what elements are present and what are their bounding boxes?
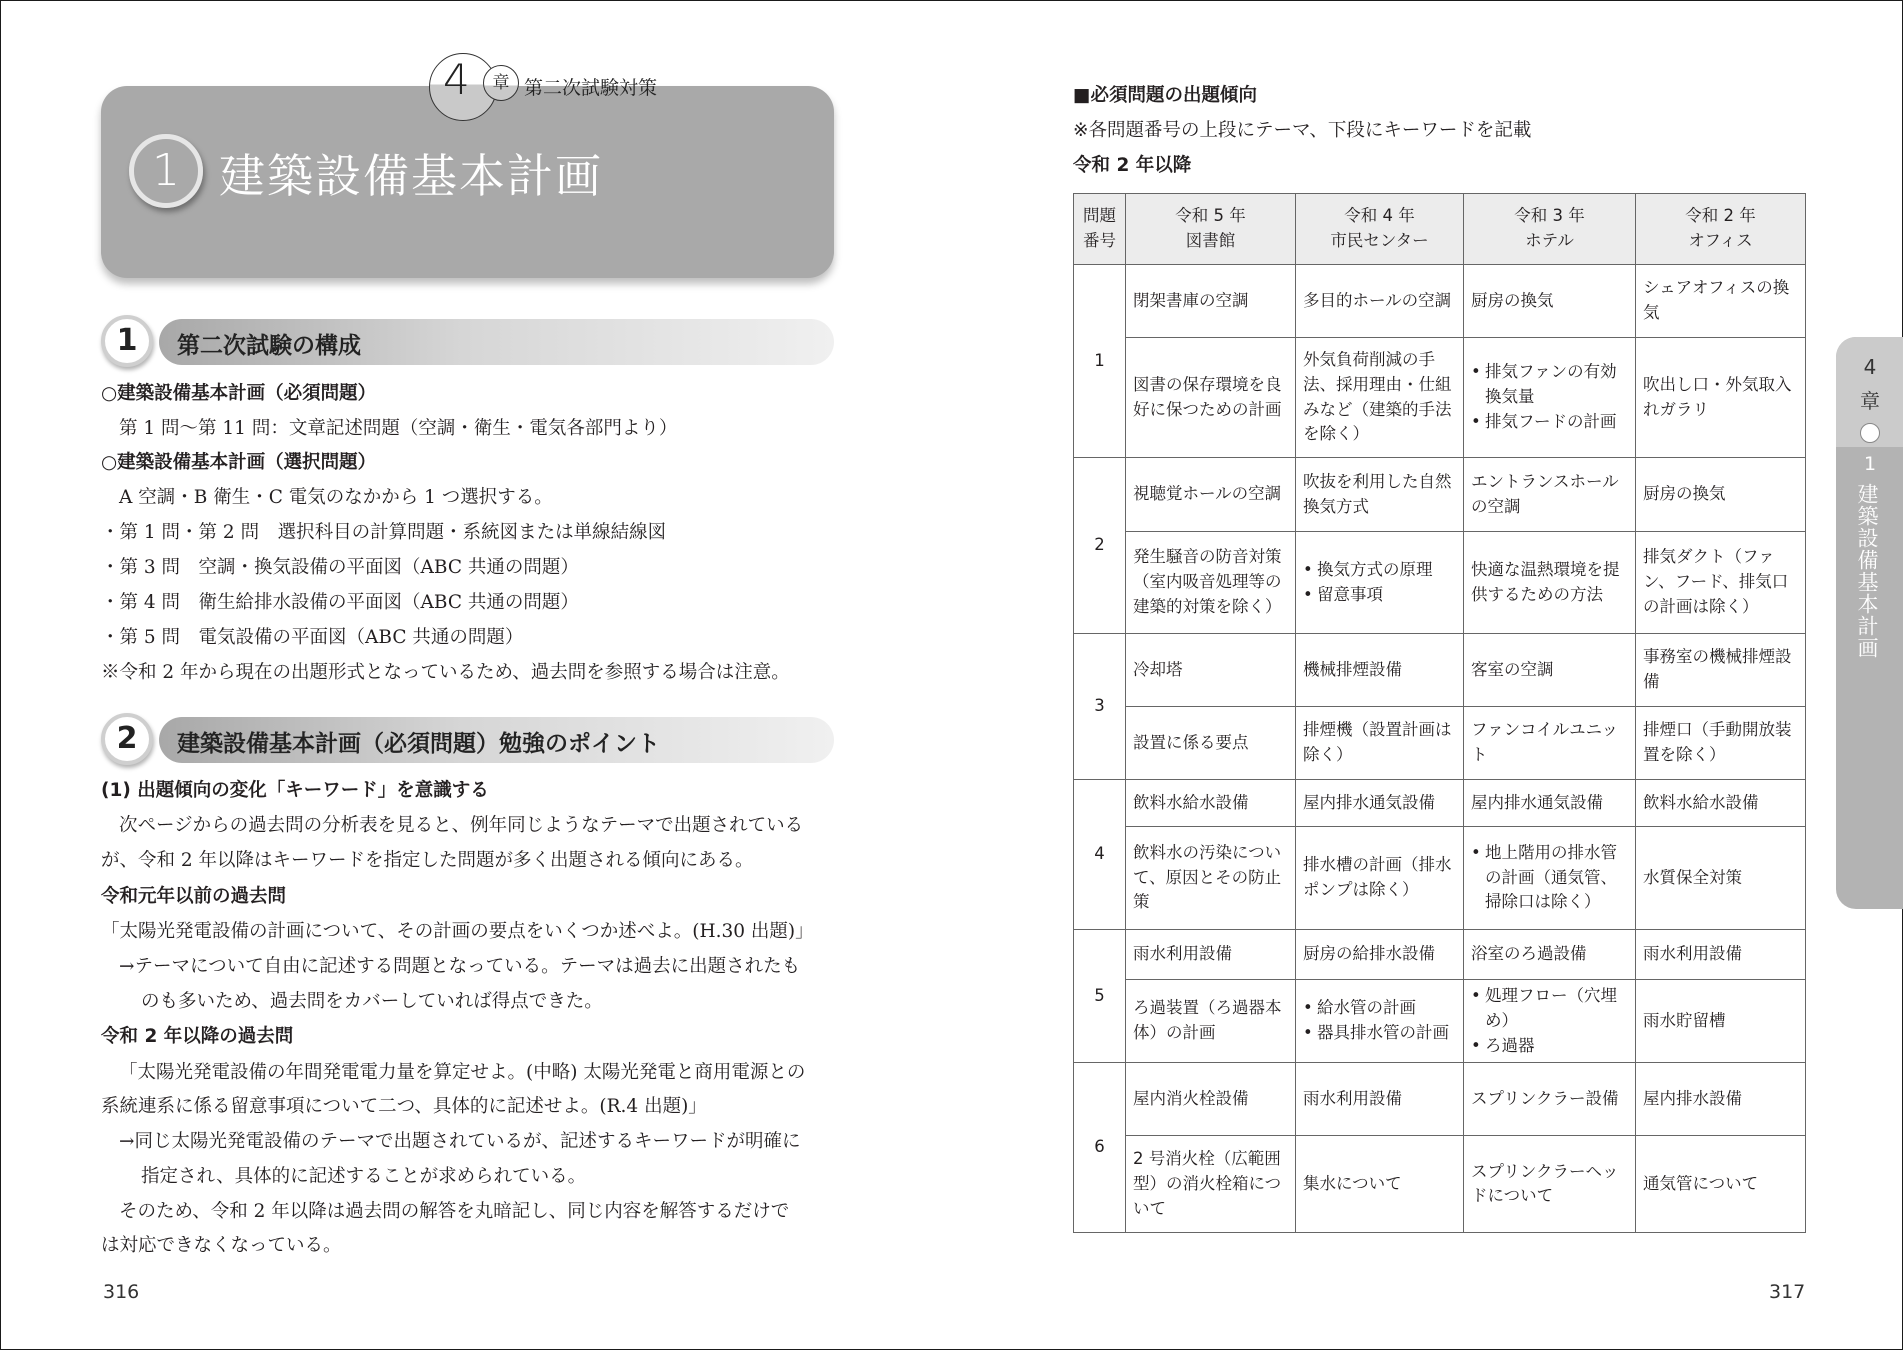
keyword-cell: 排煙口（手動開放装置を除く） [1636, 707, 1806, 780]
text-line: →同じ太陽光発電設備のテーマで出題されているが、記述するキーワードが明確に [119, 1131, 801, 1153]
header-question-number: 問題番号 [1074, 194, 1126, 265]
book-spread: 1 建築設備基本計画 4 章 第二次試験対策 第二次試験の構成 1 ○建築設備基… [0, 0, 1903, 1350]
table-subheading: 令和 2 年以降 [1073, 151, 1191, 177]
theme-cell: 客室の空調 [1464, 634, 1636, 707]
theme-cell: 屋内排水通気設備 [1296, 780, 1464, 827]
side-tab-chapter-unit: 章 [1836, 385, 1903, 414]
theme-cell: シェアオフィスの換気 [1636, 265, 1806, 338]
theme-cell: 雨水利用設備 [1296, 1063, 1464, 1136]
table-row-theme: 3冷却塔機械排煙設備客室の空調事務室の機械排煙設備 [1074, 634, 1806, 707]
text-line: 令和元年以前の過去問 [101, 886, 286, 908]
theme-cell: 冷却塔 [1126, 634, 1296, 707]
text-line: 指定され、具体的に記述することが求められている。 [141, 1166, 586, 1188]
keyword-item: 換気方式の原理 [1303, 558, 1456, 583]
keyword-cell: ファンコイルユニット [1464, 707, 1636, 780]
header-reiwa3: 令和 3 年ホテル [1464, 194, 1636, 265]
table-note: ※各問題番号の上段にテーマ、下段にキーワードを記載 [1073, 116, 1531, 142]
text-line: ・第 1 問・第 2 問 選択科目の計算問題・系統図または単線結線図 [101, 522, 666, 544]
question-number-cell: 4 [1074, 780, 1126, 930]
section-heading-bar: 第二次試験の構成 [159, 319, 834, 365]
keyword-cell: 設置に係る要点 [1126, 707, 1296, 780]
side-tab-chapter-number: 4 [1836, 355, 1903, 379]
keyword-cell: 2 号消火栓（広範囲型）の消火栓箱について [1126, 1136, 1296, 1233]
text-line: ※令和 2 年から現在の出題形式となっているため、過去問を参照する場合は注意。 [101, 662, 790, 684]
header-reiwa5: 令和 5 年図書館 [1126, 194, 1296, 265]
keyword-item: 器具排水管の計画 [1303, 1021, 1456, 1046]
keyword-cell: 快適な温熱環境を提供するための方法 [1464, 532, 1636, 634]
theme-cell: 視聴覚ホールの空調 [1126, 458, 1296, 532]
text-line: ・第 5 問 電気設備の平面図（ABC 共通の問題） [101, 627, 523, 649]
section-number-circle: 1 [101, 315, 153, 367]
theme-cell: 屋内排水設備 [1636, 1063, 1806, 1136]
side-tab-section-number: 1 [1836, 453, 1903, 475]
question-number-cell: 1 [1074, 265, 1126, 458]
text-line: は対応できなくなっている。 [101, 1235, 342, 1257]
text-line: 令和 2 年以降の過去問 [101, 1026, 293, 1048]
keyword-cell: 飲料水の汚染について、原因とその防止策 [1126, 827, 1296, 930]
chapter-section-number-circle: 1 [129, 134, 203, 208]
section-heading-text: 建築設備基本計画（必須問題）勉強のポイント [177, 725, 660, 758]
section-heading-text: 第二次試験の構成 [177, 327, 361, 360]
text-line: 「太陽光発電設備の年間発電電力量を算定せよ。(中略) 太陽光発電と商用電源との [119, 1062, 805, 1084]
theme-cell: 吹抜を利用した自然換気方式 [1296, 458, 1464, 532]
keyword-item: 給水管の計画 [1303, 996, 1456, 1021]
keyword-cell: スプリンクラーヘッドについて [1464, 1136, 1636, 1233]
keyword-cell: 吹出し口・外気取入れガラリ [1636, 338, 1806, 458]
keyword-cell: 処理フロー（穴埋め）ろ過器 [1464, 980, 1636, 1063]
theme-cell: 飲料水給水設備 [1636, 780, 1806, 827]
theme-cell: 浴室のろ過設備 [1464, 930, 1636, 980]
text-line: ○建築設備基本計画（必須問題） [101, 383, 376, 405]
table-row-theme: 4飲料水給水設備屋内排水通気設備屋内排水通気設備飲料水給水設備 [1074, 780, 1806, 827]
page-number-left: 316 [103, 1281, 139, 1303]
theme-cell: 多目的ホールの空調 [1296, 265, 1464, 338]
keyword-item: 地上階用の排水管の計画（通気管、掃除口は除く） [1471, 841, 1628, 915]
theme-cell: 厨房の換気 [1464, 265, 1636, 338]
question-number-cell: 5 [1074, 930, 1126, 1063]
table-row-theme: 5雨水利用設備厨房の給排水設備浴室のろ過設備雨水利用設備 [1074, 930, 1806, 980]
chapter-unit-circle: 章 [483, 65, 519, 101]
table-row-keyword: 図書の保存環境を良好に保つための計画外気負荷削減の手法、採用理由・仕組みなど（建… [1074, 338, 1806, 458]
text-line: ○建築設備基本計画（選択問題） [101, 452, 376, 474]
theme-cell: スプリンクラー設備 [1464, 1063, 1636, 1136]
keyword-cell: 水質保全対策 [1636, 827, 1806, 930]
chapter-number: 4 [443, 59, 470, 101]
chapter-title: 建築設備基本計画 [219, 140, 603, 206]
table-row-keyword: 発生騒音の防音対策（室内吸音処理等の建築的対策を除く）換気方式の原理留意事項快適… [1074, 532, 1806, 634]
table-body: 1閉架書庫の空調多目的ホールの空調厨房の換気シェアオフィスの換気図書の保存環境を… [1074, 265, 1806, 1233]
chapter-badge: 4 章 第二次試験対策 [429, 53, 729, 123]
page-number-right: 317 [1769, 1281, 1805, 1303]
keyword-cell: 雨水貯留槽 [1636, 980, 1806, 1063]
keyword-cell: 排気ダクト（ファン、フード、排気口の計画は除く） [1636, 532, 1806, 634]
keyword-cell: 外気負荷削減の手法、採用理由・仕組みなど（建築的手法を除く） [1296, 338, 1464, 458]
keyword-cell: 排煙機（設置計画は除く） [1296, 707, 1464, 780]
theme-cell: 雨水利用設備 [1126, 930, 1296, 980]
chapter-side-tab: 4 章 1 建築設備基本計画 [1836, 337, 1903, 909]
keyword-cell: 通気管について [1636, 1136, 1806, 1233]
text-line: 次ページからの過去問の分析表を見ると、例年同じようなテーマで出題されている [119, 815, 803, 837]
theme-cell: エントランスホールの空調 [1464, 458, 1636, 532]
keyword-list: 給水管の計画器具排水管の計画 [1303, 996, 1456, 1046]
theme-cell: 閉架書庫の空調 [1126, 265, 1296, 338]
header-reiwa4: 令和 4 年市民センター [1296, 194, 1464, 265]
table-header-row: 問題番号 令和 5 年図書館 令和 4 年市民センター 令和 3 年ホテル 令和… [1074, 194, 1806, 265]
text-line: →テーマについて自由に記述する問題となっている。テーマは過去に出題されたも [119, 956, 800, 978]
keyword-item: 処理フロー（穴埋め） [1471, 984, 1628, 1034]
keyword-list: 排気ファンの有効換気量排気フードの計画 [1471, 360, 1628, 434]
theme-cell: 厨房の換気 [1636, 458, 1806, 532]
theme-cell: 飲料水給水設備 [1126, 780, 1296, 827]
table-row-keyword: 飲料水の汚染について、原因とその防止策排水槽の計画（排水ポンプは除く）地上階用の… [1074, 827, 1806, 930]
keyword-list: 処理フロー（穴埋め）ろ過器 [1471, 984, 1628, 1058]
keyword-cell: 排気ファンの有効換気量排気フードの計画 [1464, 338, 1636, 458]
keyword-list: 地上階用の排水管の計画（通気管、掃除口は除く） [1471, 841, 1628, 915]
table-row-keyword: 2 号消火栓（広範囲型）の消火栓箱について集水についてスプリンクラーヘッドについ… [1074, 1136, 1806, 1233]
question-number-cell: 6 [1074, 1063, 1126, 1233]
theme-cell: 事務室の機械排煙設備 [1636, 634, 1806, 707]
keyword-cell: 図書の保存環境を良好に保つための計画 [1126, 338, 1296, 458]
header-reiwa2: 令和 2 年オフィス [1636, 194, 1806, 265]
table-row-theme: 6屋内消火栓設備雨水利用設備スプリンクラー設備屋内排水設備 [1074, 1063, 1806, 1136]
table-row-theme: 1閉架書庫の空調多目的ホールの空調厨房の換気シェアオフィスの換気 [1074, 265, 1806, 338]
theme-cell: 厨房の給排水設備 [1296, 930, 1464, 980]
side-tab-section-title: 建築設備基本計画 [1858, 483, 1882, 659]
text-line: ・第 3 問 空調・換気設備の平面図（ABC 共通の問題） [101, 557, 579, 579]
section-number-circle: 2 [101, 713, 153, 765]
keyword-cell: 換気方式の原理留意事項 [1296, 532, 1464, 634]
keyword-cell: 地上階用の排水管の計画（通気管、掃除口は除く） [1464, 827, 1636, 930]
table-heading: ■必須問題の出題傾向 [1073, 81, 1257, 107]
text-line: のも多いため、過去問をカバーしていれば得点できた。 [141, 991, 603, 1013]
keyword-item: 留意事項 [1303, 583, 1456, 608]
table-row-keyword: 設置に係る要点排煙機（設置計画は除く）ファンコイルユニット排煙口（手動開放装置を… [1074, 707, 1806, 780]
table-row-theme: 2視聴覚ホールの空調吹抜を利用した自然換気方式エントランスホールの空調厨房の換気 [1074, 458, 1806, 532]
section-heading-2: 建築設備基本計画（必須問題）勉強のポイント 2 [101, 715, 834, 765]
keyword-cell: ろ過装置（ろ過器本体）の計画 [1126, 980, 1296, 1063]
theme-cell: 屋内排水通気設備 [1464, 780, 1636, 827]
theme-cell: 屋内消火栓設備 [1126, 1063, 1296, 1136]
text-line: が、令和 2 年以降はキーワードを指定した問題が多く出題される傾向にある。 [101, 850, 754, 872]
exam-trend-table: 問題番号 令和 5 年図書館 令和 4 年市民センター 令和 3 年ホテル 令和… [1073, 193, 1806, 1233]
side-tab-circle-icon [1860, 423, 1880, 443]
text-line: そのため、令和 2 年以降は過去問の解答を丸暗記し、同じ内容を解答するだけで [119, 1201, 789, 1223]
section-heading-1: 第二次試験の構成 1 [101, 317, 834, 367]
keyword-list: 換気方式の原理留意事項 [1303, 558, 1456, 608]
text-line: 「太陽光発電設備の計画について、その計画の要点をいくつか述べよ。(H.30 出題… [101, 921, 814, 943]
text-line: A 空調・B 衛生・C 電気のなかから 1 つ選択する。 [119, 487, 553, 509]
table-row-keyword: ろ過装置（ろ過器本体）の計画給水管の計画器具排水管の計画処理フロー（穴埋め）ろ過… [1074, 980, 1806, 1063]
theme-cell: 機械排煙設備 [1296, 634, 1464, 707]
text-line: (1) 出題傾向の変化「キーワード」を意識する [101, 780, 489, 802]
keyword-item: 排気ファンの有効換気量 [1471, 360, 1628, 410]
keyword-cell: 排水槽の計画（排水ポンプは除く） [1296, 827, 1464, 930]
chapter-name: 第二次試験対策 [524, 73, 657, 100]
question-number-cell: 2 [1074, 458, 1126, 634]
keyword-item: 排気フードの計画 [1471, 410, 1628, 435]
question-number-cell: 3 [1074, 634, 1126, 780]
text-line: 系統連系に係る留意事項について二つ、具体的に記述せよ。(R.4 出題)」 [101, 1096, 707, 1118]
keyword-item: ろ過器 [1471, 1034, 1628, 1059]
keyword-cell: 集水について [1296, 1136, 1464, 1233]
theme-cell: 雨水利用設備 [1636, 930, 1806, 980]
keyword-cell: 発生騒音の防音対策（室内吸音処理等の建築的対策を除く） [1126, 532, 1296, 634]
section-heading-bar: 建築設備基本計画（必須問題）勉強のポイント [159, 717, 834, 763]
keyword-cell: 給水管の計画器具排水管の計画 [1296, 980, 1464, 1063]
text-line: 第 1 問～第 11 問：文章記述問題（空調・衛生・電気各部門より） [119, 418, 677, 440]
text-line: ・第 4 問 衛生給排水設備の平面図（ABC 共通の問題） [101, 592, 579, 614]
